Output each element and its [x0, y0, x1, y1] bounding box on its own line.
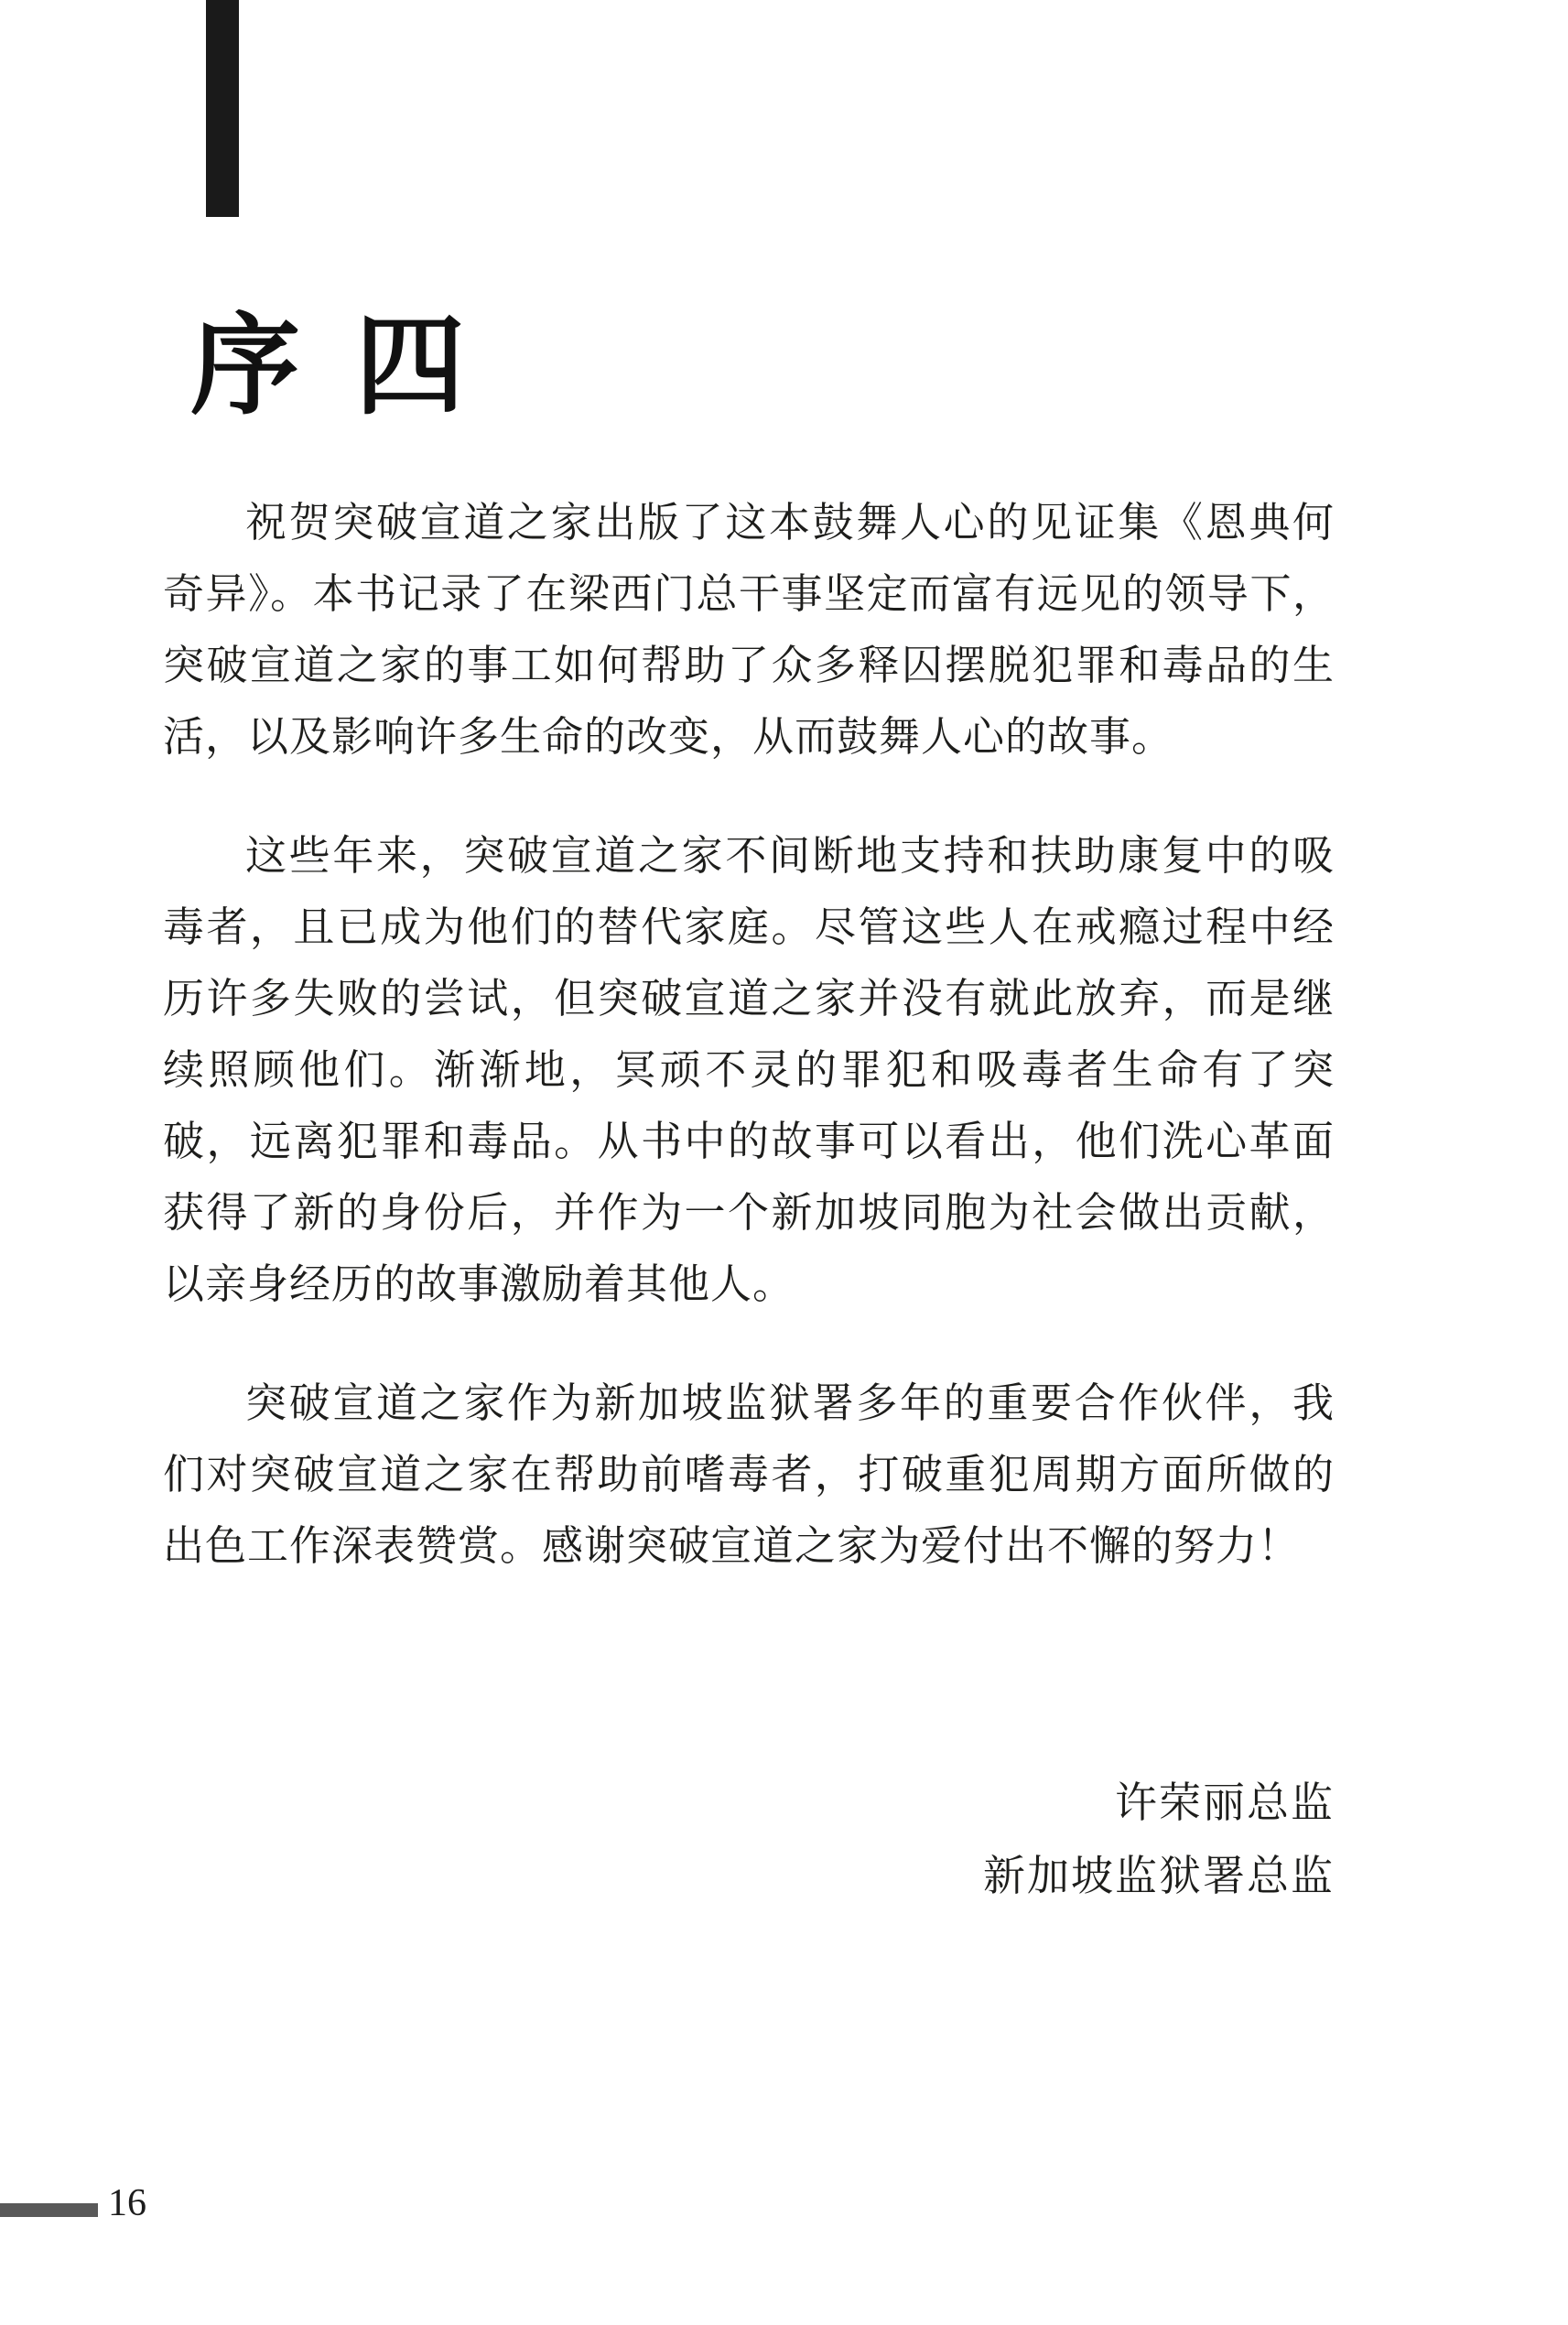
signature-name: 许荣丽总监 [163, 1767, 1335, 1840]
signature-title: 新加坡监狱署总监 [163, 1840, 1335, 1913]
chapter-marker-bar [206, 0, 239, 217]
book-page: 序 四 祝贺突破宣道之家出版了这本鼓舞人心的见证集《恩典何奇异》。本书记录了在梁… [0, 0, 1568, 2325]
paragraph-3: 突破宣道之家作为新加坡监狱署多年的重要合作伙伴，我们对突破宣道之家在帮助前嗜毒者… [163, 1368, 1335, 1582]
page-number: 16 [108, 2184, 146, 2222]
paragraph-2: 这些年来，突破宣道之家不间断地支持和扶助康复中的吸毒者，且已成为他们的替代家庭。… [163, 820, 1335, 1320]
paragraph-1: 祝贺突破宣道之家出版了这本鼓舞人心的见证集《恩典何奇异》。本书记录了在梁西门总干… [163, 487, 1335, 773]
signature-block: 许荣丽总监 新加坡监狱署总监 [163, 1767, 1335, 1913]
body-text: 祝贺突破宣道之家出版了这本鼓舞人心的见证集《恩典何奇异》。本书记录了在梁西门总干… [163, 487, 1335, 1629]
footer-rule [0, 2203, 98, 2217]
page-title: 序 四 [190, 298, 467, 436]
